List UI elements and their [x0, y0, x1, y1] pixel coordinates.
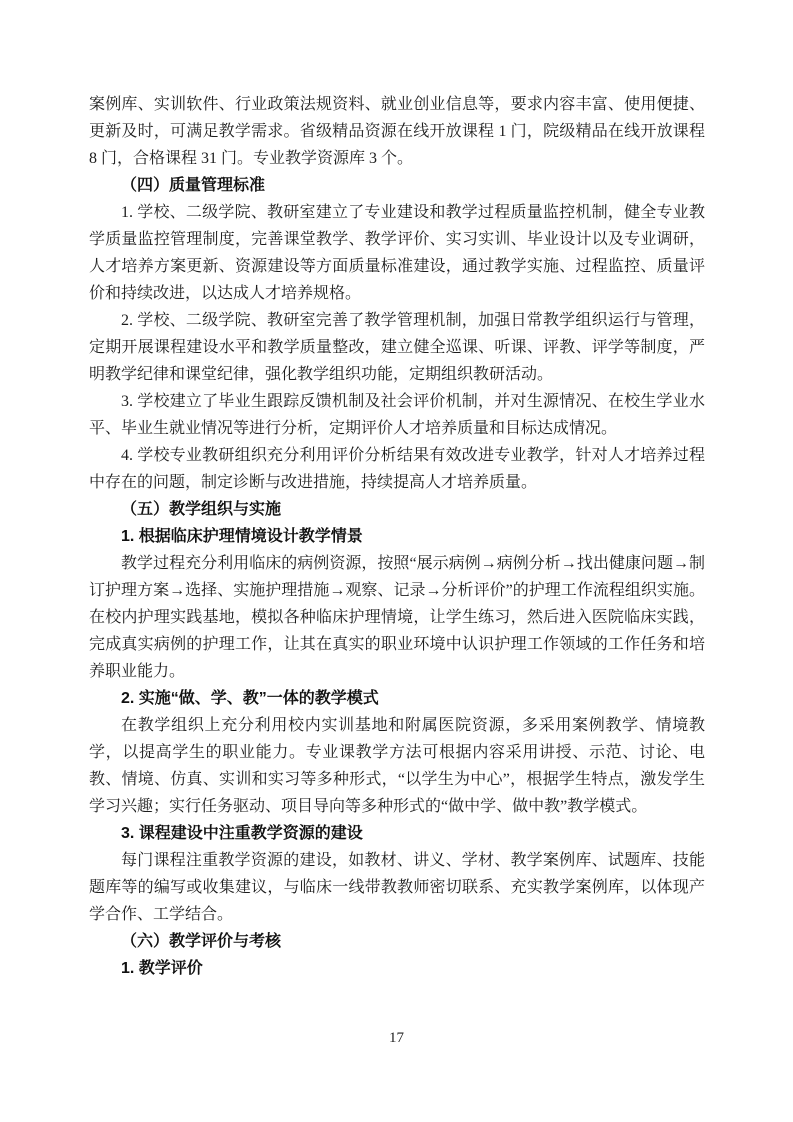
section-heading-evaluation-assessment: （六）教学评价与考核 — [89, 928, 705, 955]
paragraph-course-resources: 每门课程注重教学资源的建设，如教材、讲义、学材、教学案例库、试题库、技能题库等的… — [89, 847, 705, 928]
paragraph-quality-item-4: 4. 学校专业教研组织充分利用评价分析结果有效改进专业教学，针对人才培养过程中存… — [89, 442, 705, 496]
section-heading-teaching-organization: （五）教学组织与实施 — [89, 496, 705, 523]
subheading-clinical-scenario-design: 1. 根据临床护理情境设计教学情景 — [89, 523, 705, 550]
document-page: 案例库、实训软件、行业政策法规资料、就业创业信息等，要求内容丰富、使用便捷、更新… — [0, 0, 793, 1122]
paragraph-quality-item-3: 3. 学校建立了毕业生跟踪反馈机制及社会评价机制，并对生源情况、在校生学业水平、… — [89, 388, 705, 442]
subheading-do-learn-teach-model: 2. 实施“做、学、教”一体的教学模式 — [89, 685, 705, 712]
paragraph-continuation: 案例库、实训软件、行业政策法规资料、就业创业信息等，要求内容丰富、使用便捷、更新… — [89, 91, 705, 172]
paragraph-quality-item-1: 1. 学校、二级学院、教研室建立了专业建设和教学过程质量监控机制，健全专业教学质… — [89, 199, 705, 307]
subheading-course-resource-building: 3. 课程建设中注重教学资源的建设 — [89, 820, 705, 847]
page-number: 17 — [0, 1028, 793, 1048]
subheading-teaching-evaluation: 1. 教学评价 — [89, 955, 705, 982]
paragraph-quality-item-2: 2. 学校、二级学院、教研室完善了教学管理机制，加强日常教学组织运行与管理，定期… — [89, 307, 705, 388]
paragraph-clinical-scenario: 教学过程充分利用临床的病例资源，按照“展示病例→病例分析→找出健康问题→制订护理… — [89, 550, 705, 685]
document-body: 案例库、实训软件、行业政策法规资料、就业创业信息等，要求内容丰富、使用便捷、更新… — [89, 91, 705, 982]
paragraph-teaching-model: 在教学组织上充分利用校内实训基地和附属医院资源，多采用案例教学、情境教学，以提高… — [89, 712, 705, 820]
section-heading-quality-management-standards: （四）质量管理标准 — [89, 172, 705, 199]
